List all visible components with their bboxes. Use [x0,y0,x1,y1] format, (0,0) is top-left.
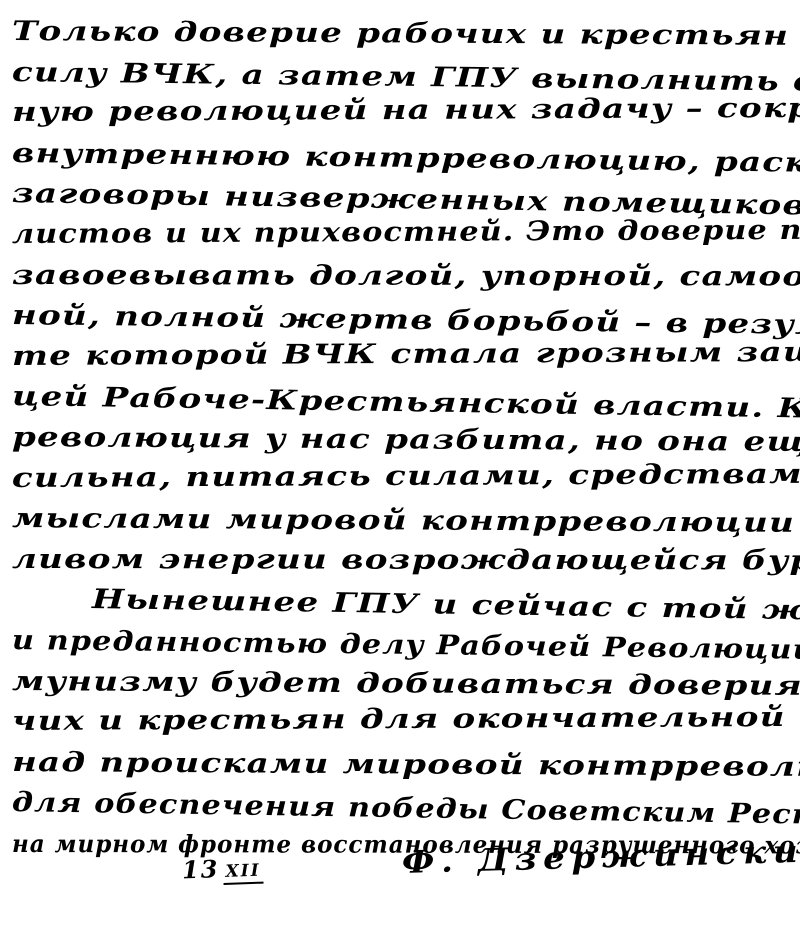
text-line: Только доверие рабочих и крестьян дало [12,12,800,59]
text-line: те которой ВЧК стала грозным защитни- [12,332,800,378]
manuscript-page: Только доверие рабочих и крестьян дало с… [0,0,800,929]
text-line: ную революцией на них задачу – сокрушить [12,88,800,134]
text-line: ливом энергии возрождающейся буржуазии. [12,540,800,582]
text-line: завоевывать долгой, упорной, самоотверже… [12,256,800,298]
text-line: мыслами мировой контрреволюции и при- [12,499,800,546]
date-month-roman: XII [223,861,263,885]
manuscript-date: 13XII [182,853,263,885]
date-day: 13 [182,854,220,884]
manuscript-text: Только доверие рабочих и крестьян дало с… [12,12,800,864]
text-line: чих и крестьян для окончательной победы [12,697,800,743]
text-line: над происками мировой контрреволюции и [12,743,800,790]
text-line: листов и их прихвостней. Это доверие при… [12,210,800,255]
text-line: сильна, питаясь силами, средствами и за- [12,453,800,499]
